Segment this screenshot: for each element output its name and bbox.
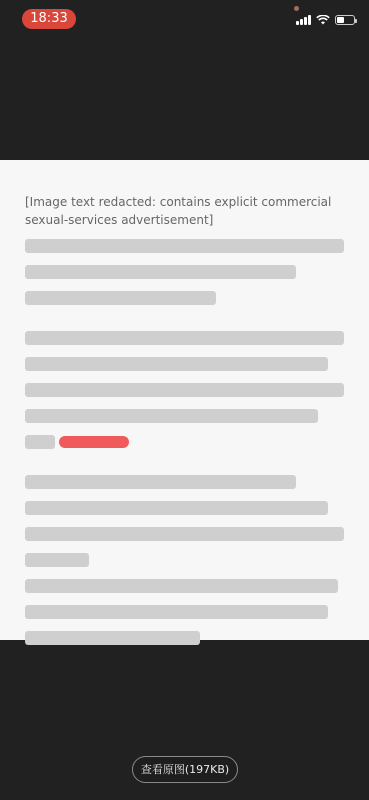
- redaction-mark: [59, 436, 129, 448]
- signal-icon: [296, 15, 311, 25]
- status-time: 18:33: [22, 9, 76, 29]
- text-block-2: [25, 331, 344, 449]
- text-block-3: [25, 475, 344, 645]
- redaction-note: [Image text redacted: contains explicit …: [25, 193, 344, 229]
- image-content[interactable]: [Image text redacted: contains explicit …: [0, 160, 369, 640]
- camera-indicator-icon: [294, 6, 299, 11]
- battery-icon: [335, 15, 355, 25]
- status-icons: [296, 15, 355, 25]
- wifi-icon: [316, 15, 330, 25]
- view-original-button[interactable]: 查看原图(197KB): [132, 756, 238, 783]
- status-bar: 18:33: [0, 0, 369, 36]
- text-block-1: [25, 239, 344, 305]
